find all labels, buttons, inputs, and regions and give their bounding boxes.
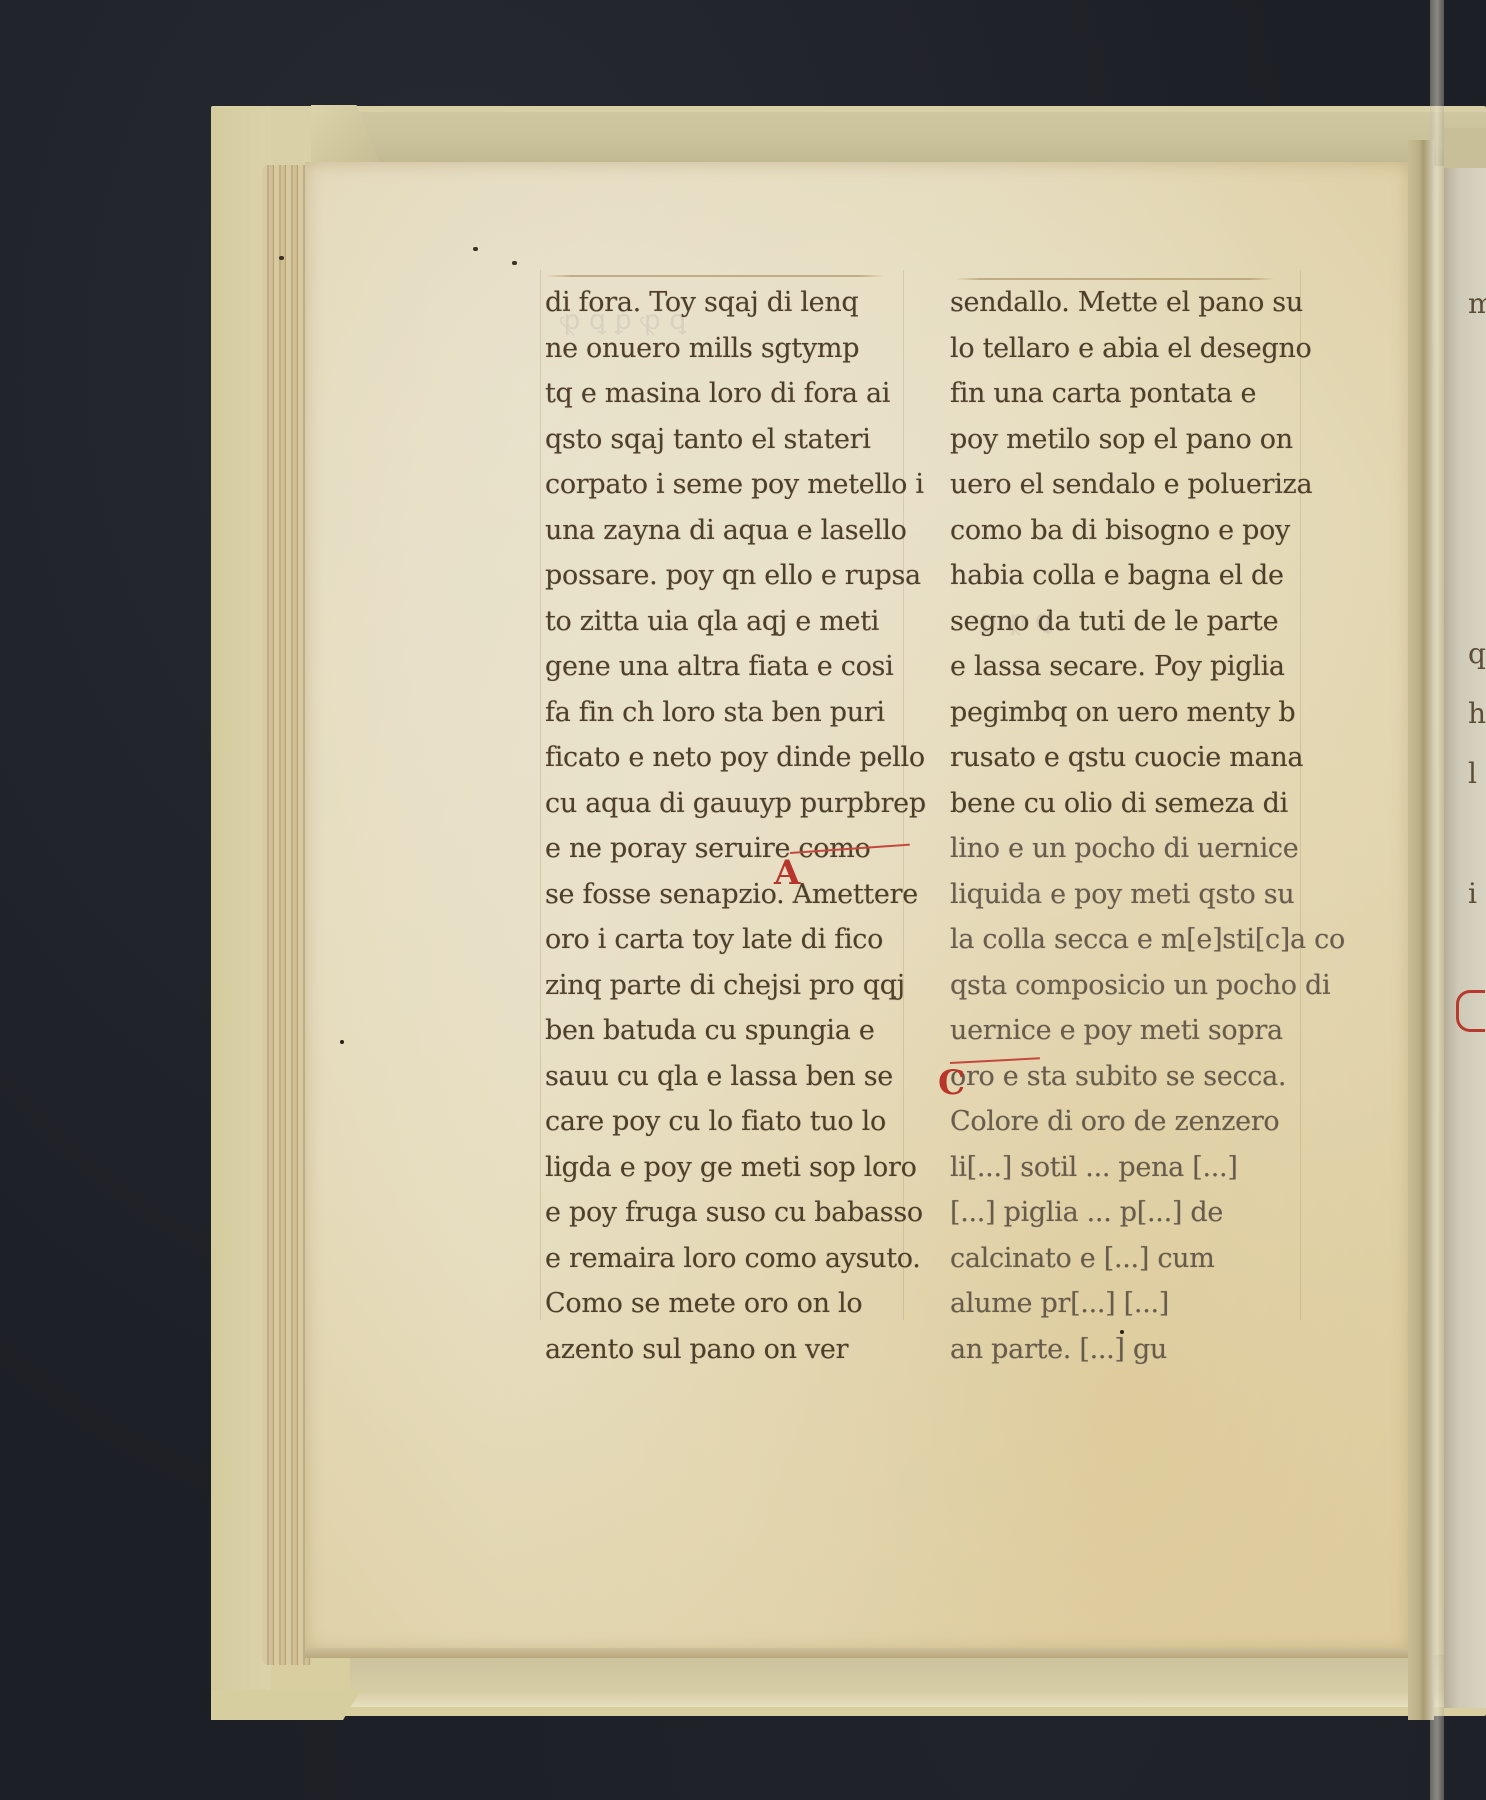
- text-line: sendallo. Mette el pano su: [950, 280, 1330, 326]
- text-line: qsta composicio un pocho di: [950, 963, 1330, 1009]
- text-line: lo tellaro e abia el desegno: [950, 326, 1330, 372]
- text-line: sauu cu qla e lassa ben se: [545, 1054, 915, 1100]
- text-line: tq e masina loro di fora ai: [545, 371, 915, 417]
- facing-page-glyph: m: [1468, 290, 1486, 318]
- binding-bottom-turn-in: [350, 1655, 1486, 1707]
- text-line: rusato e qstu cuocie mana: [950, 735, 1330, 781]
- text-line: ne onuero mills sgtymp: [545, 326, 915, 372]
- text-line: fin una carta pontata e: [950, 371, 1330, 417]
- text-line: ligda e poy ge meti sop loro: [545, 1145, 915, 1191]
- text-line: zinq parte di chejsi pro qqj: [545, 963, 915, 1009]
- text-line: segno da tuti de le parte: [950, 599, 1330, 645]
- text-column-left: di fora. Toy sqaj di lenq ne onuero mill…: [545, 280, 915, 1372]
- text-line: poy metilo sop el pano on: [950, 417, 1330, 463]
- binding-top-turn-in: [350, 112, 1486, 166]
- rubric-initial-a: A: [774, 856, 800, 890]
- text-line: cu aqua di gauuyp purpbrep: [545, 781, 915, 827]
- facing-page-top: [1444, 128, 1486, 168]
- text-line: azento sul pano on ver: [545, 1327, 915, 1373]
- text-line: an parte. [...] gu: [950, 1327, 1330, 1373]
- text-line: di fora. Toy sqaj di lenq: [545, 280, 915, 326]
- facing-page: [1444, 168, 1486, 1708]
- facing-page-rubric-initial: [1456, 990, 1485, 1032]
- text-line: e lassa secare. Poy piglia: [950, 644, 1330, 690]
- binding-corner-fold-bottom: [211, 1690, 361, 1720]
- text-line: possare. poy qn ello e rupsa: [545, 553, 915, 599]
- text-column-right: sendallo. Mette el pano su lo tellaro e …: [950, 280, 1330, 1372]
- text-line: habia colla e bagna el de: [950, 553, 1330, 599]
- text-line: como ba di bisogno e poy: [950, 508, 1330, 554]
- text-line: qsto sqaj tanto el stateri: [545, 417, 915, 463]
- text-line: Colore di oro de zenzero: [950, 1099, 1330, 1145]
- text-line: bene cu olio di semeza di: [950, 781, 1330, 827]
- text-line: care poy cu lo fiato tuo lo: [545, 1099, 915, 1145]
- ruling-line-top-left: [545, 275, 885, 277]
- text-line: lino e un pocho di uernice: [950, 826, 1330, 872]
- text-line: to zitta uia qla aqj e meti: [545, 599, 915, 645]
- glass-clamp-bar: [1430, 0, 1444, 1800]
- facing-page-glyph: h: [1468, 700, 1486, 728]
- parchment-speck: [512, 261, 517, 265]
- text-line: la colla secca e m[e]sti[c]a co: [950, 917, 1330, 963]
- text-line: corpato i seme poy metello i: [545, 462, 915, 508]
- text-line: gene una altra fiata e cosi: [545, 644, 915, 690]
- page-bottom-edge: [305, 1648, 1410, 1658]
- facing-page-glyph: i: [1468, 880, 1477, 908]
- parchment-speck: [473, 247, 478, 251]
- text-line: oro i carta toy late di fico: [545, 917, 915, 963]
- text-line: ben batuda cu spungia e: [545, 1008, 915, 1054]
- text-line: uero el sendalo e polueriza: [950, 462, 1330, 508]
- facing-page-glyph: q: [1468, 640, 1486, 668]
- parchment-speck: [279, 256, 284, 260]
- text-line: e remaira loro como aysuto.: [545, 1236, 915, 1282]
- text-line: pegimbq on uero menty b: [950, 690, 1330, 736]
- text-line: una zayna di aqua e lasello: [545, 508, 915, 554]
- text-line: uernice e poy meti sopra: [950, 1008, 1330, 1054]
- text-line: li[...] sotil ... pena [...]: [950, 1145, 1330, 1191]
- text-line: alume pr[...] [...]: [950, 1281, 1330, 1327]
- text-line: Como se mete oro on lo: [545, 1281, 915, 1327]
- text-line: se fosse senapzio. Amettere: [545, 872, 915, 918]
- text-line: [...] piglia ... p[...] de: [950, 1190, 1330, 1236]
- parchment-speck: [340, 1040, 344, 1044]
- text-line: ficato e neto poy dinde pello: [545, 735, 915, 781]
- rubric-initial-c: C: [938, 1066, 965, 1100]
- facing-page-glyph: l: [1468, 760, 1477, 788]
- text-line: e poy fruga suso cu babasso: [545, 1190, 915, 1236]
- column-ruling-left: [540, 270, 541, 1320]
- text-line: calcinato e [...] cum: [950, 1236, 1330, 1282]
- text-line: liquida e poy meti qsto su: [950, 872, 1330, 918]
- text-line: fa fin ch loro sta ben puri: [545, 690, 915, 736]
